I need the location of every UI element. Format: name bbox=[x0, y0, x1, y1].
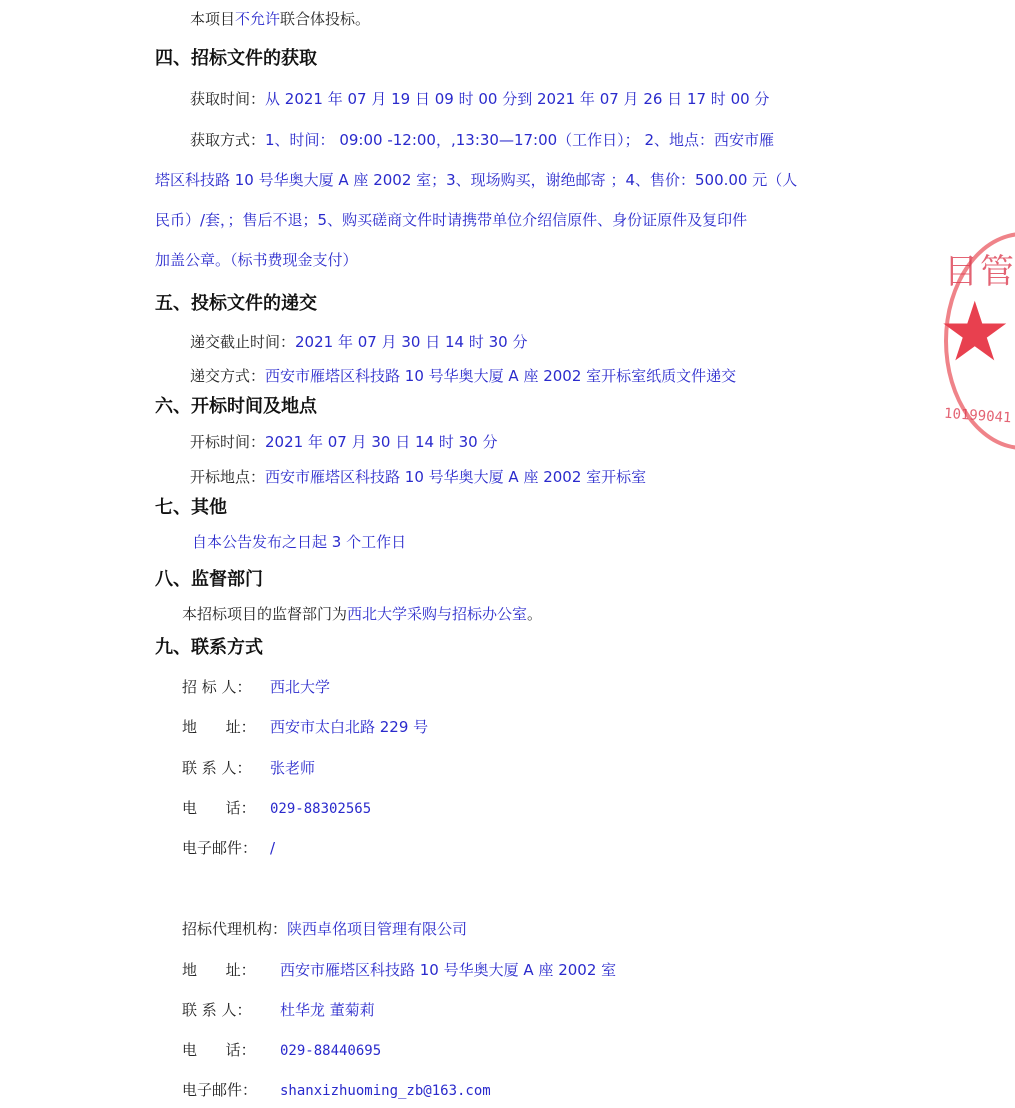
tenderer-address-row: 地 址：西安市太白北路 229 号 bbox=[182, 717, 428, 737]
section-5-heading: 五、投标文件的递交 bbox=[155, 292, 317, 316]
tenderer-name-value: 西北大学 bbox=[270, 678, 330, 696]
agency-phone-value: 029-88440695 bbox=[280, 1043, 381, 1059]
opening-place-value: 西安市雁塔区科技路 10 号华奥大厦 A 座 2002 室开标室 bbox=[265, 468, 646, 486]
tenderer-contact-label: 联 系 人： bbox=[182, 758, 270, 778]
agency-phone-row: 电 话：029-88440695 bbox=[182, 1040, 381, 1061]
tenderer-contact-value: 张老师 bbox=[270, 759, 315, 777]
intro-highlight: 不允许 bbox=[235, 10, 280, 28]
acquire-method-line-4: 加盖公章。（标书费现金支付） bbox=[155, 250, 358, 270]
intro-line: 本项目不允许联合体投标。 bbox=[190, 9, 370, 29]
agency-address-label: 地 址： bbox=[182, 960, 280, 980]
agency-email-label: 电子邮件： bbox=[182, 1080, 280, 1100]
section-6-heading: 六、开标时间及地点 bbox=[155, 395, 317, 419]
intro-post: 联合体投标。 bbox=[280, 10, 370, 28]
intro-pre: 本项目 bbox=[190, 10, 235, 28]
tenderer-contact-row: 联 系 人：张老师 bbox=[182, 758, 315, 778]
acquire-time-label: 获取时间： bbox=[190, 90, 265, 108]
agency-contact-row: 联 系 人：杜华龙 董菊莉 bbox=[182, 1000, 375, 1020]
other-text: 自本公告发布之日起 3 个工作日 bbox=[192, 532, 406, 552]
section-7-heading: 七、其他 bbox=[155, 496, 227, 520]
agency-phone-label: 电 话： bbox=[182, 1040, 280, 1060]
agency-address-row: 地 址：西安市雁塔区科技路 10 号华奥大厦 A 座 2002 室 bbox=[182, 960, 616, 980]
tenderer-email-row: 电子邮件：/ bbox=[182, 838, 275, 858]
submit-method-label: 递交方式： bbox=[190, 367, 265, 385]
tenderer-name-row: 招 标 人：西北大学 bbox=[182, 677, 330, 697]
seal-number: 10199041 bbox=[944, 406, 1012, 427]
tenderer-email-label: 电子邮件： bbox=[182, 838, 270, 858]
supervision-row: 本招标项目的监督部门为西北大学采购与招标办公室。 bbox=[182, 604, 542, 624]
tenderer-phone-row: 电 话：029-88302565 bbox=[182, 798, 371, 819]
tenderer-address-value: 西安市太白北路 229 号 bbox=[270, 718, 428, 736]
acquire-method-line-3: 民币）/套，；售后不退；5、购买磋商文件时请携带单位介绍信原件、身份证原件及复印… bbox=[155, 210, 747, 230]
opening-time-value: 2021 年 07 月 30 日 14 时 30 分 bbox=[265, 433, 497, 451]
submit-method-value: 西安市雁塔区科技路 10 号华奥大厦 A 座 2002 室开标室纸质文件递交 bbox=[265, 367, 736, 385]
opening-place-label: 开标地点： bbox=[190, 468, 265, 486]
supervision-dept: 西北大学采购与招标办公室 bbox=[347, 605, 527, 623]
submit-deadline-row: 递交截止时间：2021 年 07 月 30 日 14 时 30 分 bbox=[190, 332, 527, 352]
submit-method-row: 递交方式：西安市雁塔区科技路 10 号华奥大厦 A 座 2002 室开标室纸质文… bbox=[190, 366, 736, 386]
supervision-post: 。 bbox=[527, 605, 542, 623]
tenderer-email-value: / bbox=[270, 839, 275, 857]
supervision-pre: 本招标项目的监督部门为 bbox=[182, 605, 347, 623]
agency-name-label: 招标代理机构： bbox=[182, 920, 287, 938]
acquire-time-value: 从 2021 年 07 月 19 日 09 时 00 分到 2021 年 07 … bbox=[265, 90, 769, 108]
acquire-method-line-2: 塔区科技路 10 号华奥大厦 A 座 2002 室；3、现场购买，谢绝邮寄 ；4… bbox=[155, 170, 797, 190]
tenderer-phone-label: 电 话： bbox=[182, 798, 270, 818]
opening-place-row: 开标地点：西安市雁塔区科技路 10 号华奥大厦 A 座 2002 室开标室 bbox=[190, 467, 646, 487]
submit-deadline-label: 递交截止时间： bbox=[190, 333, 295, 351]
agency-contact-label: 联 系 人： bbox=[182, 1000, 280, 1020]
tenderer-address-label: 地 址： bbox=[182, 717, 270, 737]
seal-star-icon: ★ bbox=[938, 292, 1012, 374]
section-4-heading: 四、招标文件的获取 bbox=[155, 47, 317, 71]
agency-email-row: 电子邮件：shanxizhuoming_zb@163.com bbox=[182, 1080, 491, 1101]
agency-address-value: 西安市雁塔区科技路 10 号华奥大厦 A 座 2002 室 bbox=[280, 961, 616, 979]
tenderer-phone-value: 029-88302565 bbox=[270, 801, 371, 817]
agency-name-row: 招标代理机构：陕西卓佲项目管理有限公司 bbox=[182, 919, 467, 939]
section-8-heading: 八、监督部门 bbox=[155, 568, 263, 592]
agency-name-value: 陕西卓佲项目管理有限公司 bbox=[287, 920, 467, 938]
acquire-method-row: 获取方式：1、时间： 09:00 -12:00，,13:30—17:00（工作日… bbox=[190, 130, 774, 150]
tenderer-name-label: 招 标 人： bbox=[182, 677, 270, 697]
submit-deadline-value: 2021 年 07 月 30 日 14 时 30 分 bbox=[295, 333, 527, 351]
acquire-method-line-1: 1、时间： 09:00 -12:00，,13:30—17:00（工作日）； 2、… bbox=[265, 131, 774, 149]
opening-time-label: 开标时间： bbox=[190, 433, 265, 451]
opening-time-row: 开标时间：2021 年 07 月 30 日 14 时 30 分 bbox=[190, 432, 497, 452]
section-9-heading: 九、联系方式 bbox=[155, 636, 263, 660]
acquire-method-label: 获取方式： bbox=[190, 131, 265, 149]
agency-email-value: shanxizhuoming_zb@163.com bbox=[280, 1083, 491, 1099]
acquire-time-row: 获取时间：从 2021 年 07 月 19 日 09 时 00 分到 2021 … bbox=[190, 89, 769, 109]
agency-contact-value: 杜华龙 董菊莉 bbox=[280, 1001, 375, 1019]
